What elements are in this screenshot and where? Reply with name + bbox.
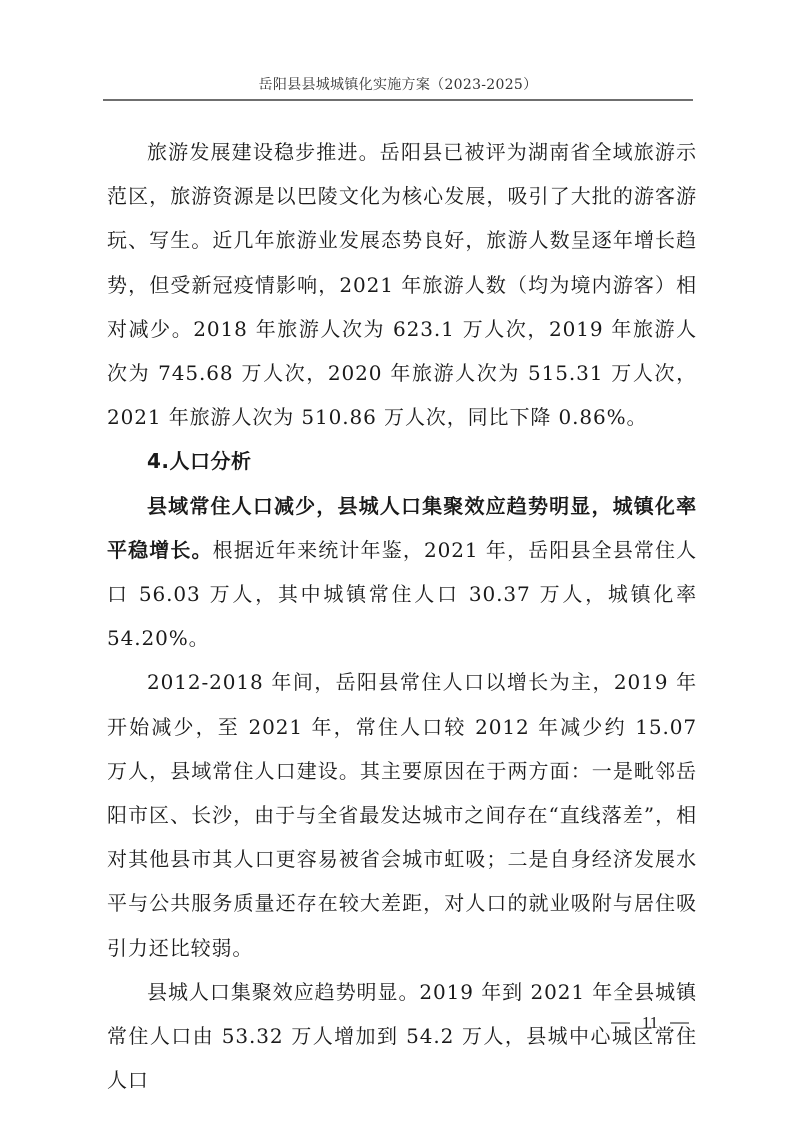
dash-right-decoration — [670, 1022, 689, 1024]
section-heading-population: 4.人口分析 — [107, 439, 697, 483]
page-number: 11 — [642, 1013, 658, 1033]
paragraph-tourism: 旅游发展建设稳步推进。岳阳县已被评为湖南省全域旅游示范区，旅游资源是以巴陵文化为… — [107, 130, 697, 439]
page-number-footer: 11 — [600, 1013, 700, 1033]
paragraph-population-trend: 2012-2018 年间，岳阳县常住人口以增长为主，2019 年开始减少，至 2… — [107, 660, 697, 969]
body-text: 旅游发展建设稳步推进。岳阳县已被评为湖南省全域旅游示范区，旅游资源是以巴陵文化为… — [107, 130, 697, 1102]
paragraph-county-agglomeration: 县城人口集聚效应趋势明显。2019 年到 2021 年全县城镇常住人口由 53.… — [107, 970, 697, 1103]
running-header: 岳阳县县城城镇化实施方案（2023-2025） — [103, 74, 693, 94]
header-rule-divider — [103, 99, 693, 101]
document-page: 岳阳县县城城镇化实施方案（2023-2025） 旅游发展建设稳步推进。岳阳县已被… — [0, 0, 794, 1122]
dash-left-decoration — [611, 1022, 630, 1024]
paragraph-population-summary: 县域常住人口减少，县城人口集聚效应趋势明显，城镇化率平稳增长。根据近年来统计年鉴… — [107, 484, 697, 661]
